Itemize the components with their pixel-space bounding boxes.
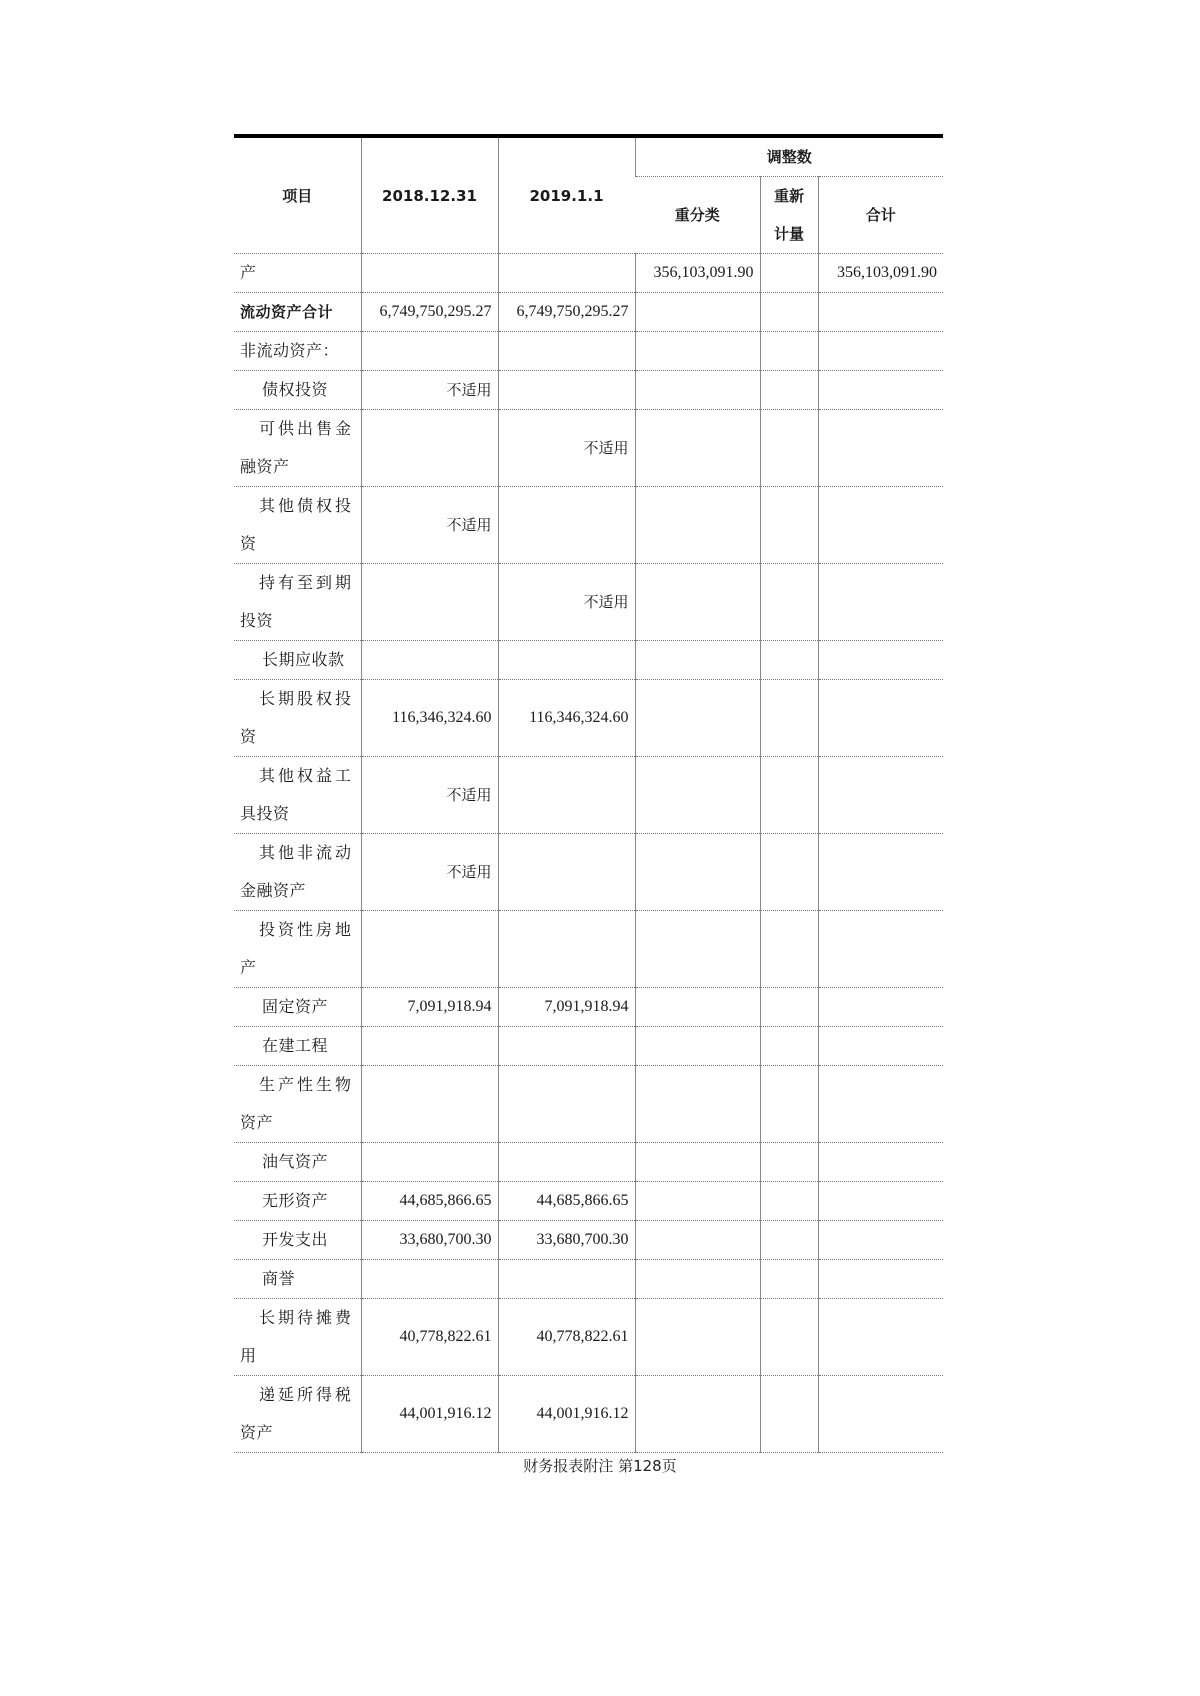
header-item: 项目 <box>234 136 361 254</box>
value-2019-1-1: 不适用 <box>498 410 635 487</box>
value-adjustment-total <box>818 293 943 332</box>
row-label-line: 可供出售金 <box>240 410 355 448</box>
value-2019-1-1: 44,001,916.12 <box>498 1376 635 1453</box>
value-remeasurement <box>760 1182 818 1221</box>
value-remeasurement <box>760 254 818 293</box>
row-label: 投资性房地产 <box>234 911 361 988</box>
value-adjustment-total <box>818 332 943 371</box>
table-row: 长期应收款 <box>234 641 943 680</box>
value-2019-1-1 <box>498 757 635 834</box>
value-adjustment-total <box>818 680 943 757</box>
value-remeasurement <box>760 410 818 487</box>
row-label-line: 用 <box>240 1337 355 1375</box>
row-label: 长期股权投资 <box>234 680 361 757</box>
value-reclassification <box>635 1299 760 1376</box>
value-2018-12-31 <box>361 410 498 487</box>
value-2018-12-31 <box>361 1027 498 1066</box>
value-reclassification <box>635 332 760 371</box>
row-label-line: 递延所得税 <box>240 1376 355 1414</box>
row-label-line: 资产 <box>240 1414 355 1452</box>
table-row: 产356,103,091.90356,103,091.90 <box>234 254 943 293</box>
value-2018-12-31 <box>361 1066 498 1143</box>
row-label-line: 生产性生物 <box>240 1066 355 1104</box>
page-footer: 财务报表附注 第128页 <box>0 1455 1200 1476</box>
value-remeasurement <box>760 680 818 757</box>
value-remeasurement <box>760 1143 818 1182</box>
value-reclassification <box>635 293 760 332</box>
row-label-line: 无形资产 <box>262 1182 355 1220</box>
row-label: 油气资产 <box>234 1143 361 1182</box>
value-remeasurement <box>760 1260 818 1299</box>
value-2019-1-1 <box>498 371 635 410</box>
value-reclassification <box>635 1066 760 1143</box>
value-2018-12-31: 不适用 <box>361 487 498 564</box>
value-remeasurement <box>760 1376 818 1453</box>
value-2018-12-31: 7,091,918.94 <box>361 988 498 1027</box>
value-2018-12-31: 不适用 <box>361 757 498 834</box>
document-page: 项目 2018.12.31 2019.1.1 调整数 重分类 重新 计量 合计 … <box>0 0 1200 1696</box>
value-2019-1-1 <box>498 1066 635 1143</box>
value-adjustment-total <box>818 1376 943 1453</box>
value-remeasurement <box>760 757 818 834</box>
value-2019-1-1: 40,778,822.61 <box>498 1299 635 1376</box>
value-adjustment-total <box>818 1182 943 1221</box>
row-label: 其他非流动金融资产 <box>234 834 361 911</box>
table-row: 流动资产合计6,749,750,295.276,749,750,295.27 <box>234 293 943 332</box>
row-label-line: 在建工程 <box>262 1027 355 1065</box>
value-reclassification <box>635 641 760 680</box>
value-2018-12-31 <box>361 911 498 988</box>
row-label-line: 资 <box>240 525 355 563</box>
row-label-line: 投资性房地 <box>240 911 355 949</box>
value-reclassification <box>635 911 760 988</box>
row-label: 流动资产合计 <box>234 293 361 332</box>
value-remeasurement <box>760 988 818 1027</box>
row-label-line: 其他权益工 <box>240 757 355 795</box>
value-2018-12-31 <box>361 1143 498 1182</box>
value-adjustment-total <box>818 1260 943 1299</box>
table-row: 其他权益工具投资不适用 <box>234 757 943 834</box>
table-row: 债权投资不适用 <box>234 371 943 410</box>
value-reclassification <box>635 410 760 487</box>
value-reclassification <box>635 1260 760 1299</box>
value-2018-12-31 <box>361 564 498 641</box>
value-reclassification <box>635 564 760 641</box>
row-label: 其他权益工具投资 <box>234 757 361 834</box>
row-label-line: 长期待摊费 <box>240 1299 355 1337</box>
row-label-line: 开发支出 <box>262 1221 355 1259</box>
value-2018-12-31: 不适用 <box>361 834 498 911</box>
table-row: 油气资产 <box>234 1143 943 1182</box>
value-reclassification <box>635 1182 760 1221</box>
value-adjustment-total <box>818 757 943 834</box>
value-2019-1-1 <box>498 332 635 371</box>
value-reclassification <box>635 988 760 1027</box>
value-remeasurement <box>760 332 818 371</box>
row-label: 生产性生物资产 <box>234 1066 361 1143</box>
value-2019-1-1 <box>498 834 635 911</box>
value-reclassification <box>635 1376 760 1453</box>
row-label-line: 流动资产合计 <box>240 293 355 331</box>
value-remeasurement <box>760 1027 818 1066</box>
value-2018-12-31 <box>361 254 498 293</box>
table-row: 其他债权投资不适用 <box>234 487 943 564</box>
value-2019-1-1 <box>498 1027 635 1066</box>
header-2018-12-31: 2018.12.31 <box>361 136 498 254</box>
value-adjustment-total <box>818 1066 943 1143</box>
value-remeasurement <box>760 834 818 911</box>
value-2019-1-1 <box>498 254 635 293</box>
value-adjustment-total <box>818 410 943 487</box>
value-reclassification <box>635 757 760 834</box>
table-row: 非流动资产： <box>234 332 943 371</box>
value-2019-1-1: 6,749,750,295.27 <box>498 293 635 332</box>
value-2019-1-1: 7,091,918.94 <box>498 988 635 1027</box>
row-label: 在建工程 <box>234 1027 361 1066</box>
row-label-line: 产 <box>240 254 355 292</box>
value-2018-12-31 <box>361 1260 498 1299</box>
value-remeasurement <box>760 1299 818 1376</box>
table-row: 在建工程 <box>234 1027 943 1066</box>
header-adjustment-group: 调整数 <box>635 136 943 177</box>
value-2019-1-1 <box>498 1143 635 1182</box>
value-remeasurement <box>760 1221 818 1260</box>
row-label-line: 产 <box>240 949 355 987</box>
table-row: 固定资产7,091,918.947,091,918.94 <box>234 988 943 1027</box>
row-label: 递延所得税资产 <box>234 1376 361 1453</box>
value-2018-12-31 <box>361 641 498 680</box>
table-row: 开发支出33,680,700.3033,680,700.30 <box>234 1221 943 1260</box>
row-label: 产 <box>234 254 361 293</box>
table-row: 生产性生物资产 <box>234 1066 943 1143</box>
row-label: 可供出售金融资产 <box>234 410 361 487</box>
value-2018-12-31 <box>361 332 498 371</box>
header-remeasurement-line2: 计量 <box>767 215 812 253</box>
table-row: 持有至到期投资不适用 <box>234 564 943 641</box>
value-remeasurement <box>760 564 818 641</box>
value-adjustment-total <box>818 1221 943 1260</box>
value-remeasurement <box>760 293 818 332</box>
header-total: 合计 <box>818 177 943 254</box>
table-row: 无形资产44,685,866.6544,685,866.65 <box>234 1182 943 1221</box>
value-reclassification <box>635 487 760 564</box>
table-row: 商誉 <box>234 1260 943 1299</box>
table-row: 递延所得税资产44,001,916.1244,001,916.12 <box>234 1376 943 1453</box>
table-header: 项目 2018.12.31 2019.1.1 调整数 重分类 重新 计量 合计 <box>234 136 943 254</box>
value-2018-12-31: 40,778,822.61 <box>361 1299 498 1376</box>
header-reclassification: 重分类 <box>635 177 760 254</box>
value-2018-12-31: 33,680,700.30 <box>361 1221 498 1260</box>
value-2018-12-31: 44,001,916.12 <box>361 1376 498 1453</box>
row-label-line: 债权投资 <box>262 371 355 409</box>
value-reclassification <box>635 1143 760 1182</box>
value-2019-1-1: 不适用 <box>498 564 635 641</box>
table-row: 长期股权投资116,346,324.60116,346,324.60 <box>234 680 943 757</box>
value-2019-1-1 <box>498 487 635 564</box>
row-label-line: 其他债权投 <box>240 487 355 525</box>
row-label-line: 融资产 <box>240 448 355 486</box>
value-adjustment-total <box>818 371 943 410</box>
row-label: 固定资产 <box>234 988 361 1027</box>
value-2019-1-1: 116,346,324.60 <box>498 680 635 757</box>
financial-adjustment-table: 项目 2018.12.31 2019.1.1 调整数 重分类 重新 计量 合计 … <box>234 134 943 1453</box>
row-label-line: 持有至到期 <box>240 564 355 602</box>
row-label: 开发支出 <box>234 1221 361 1260</box>
value-adjustment-total <box>818 641 943 680</box>
value-2018-12-31: 6,749,750,295.27 <box>361 293 498 332</box>
value-remeasurement <box>760 371 818 410</box>
row-label-line: 投资 <box>240 602 355 640</box>
row-label-line: 固定资产 <box>262 988 355 1026</box>
row-label-line: 具投资 <box>240 795 355 833</box>
row-label: 其他债权投资 <box>234 487 361 564</box>
row-label: 持有至到期投资 <box>234 564 361 641</box>
row-label: 长期待摊费用 <box>234 1299 361 1376</box>
table-row: 长期待摊费用40,778,822.6140,778,822.61 <box>234 1299 943 1376</box>
value-2019-1-1 <box>498 641 635 680</box>
value-2018-12-31: 44,685,866.65 <box>361 1182 498 1221</box>
value-remeasurement <box>760 641 818 680</box>
header-2019-1-1: 2019.1.1 <box>498 136 635 254</box>
table-body: 产356,103,091.90356,103,091.90流动资产合计6,749… <box>234 254 943 1453</box>
value-adjustment-total <box>818 1027 943 1066</box>
value-reclassification <box>635 1221 760 1260</box>
row-label-line: 长期股权投 <box>240 680 355 718</box>
value-adjustment-total <box>818 988 943 1027</box>
header-remeasurement-line1: 重新 <box>767 177 812 215</box>
value-reclassification <box>635 680 760 757</box>
table-row: 可供出售金融资产不适用 <box>234 410 943 487</box>
row-label-line: 资产 <box>240 1104 355 1142</box>
value-adjustment-total: 356,103,091.90 <box>818 254 943 293</box>
row-label-line: 金融资产 <box>240 872 355 910</box>
row-label: 债权投资 <box>234 371 361 410</box>
row-label-line: 商誉 <box>262 1260 355 1298</box>
value-2019-1-1 <box>498 1260 635 1299</box>
value-reclassification: 356,103,091.90 <box>635 254 760 293</box>
value-adjustment-total <box>818 834 943 911</box>
value-2019-1-1: 44,685,866.65 <box>498 1182 635 1221</box>
row-label: 无形资产 <box>234 1182 361 1221</box>
row-label: 长期应收款 <box>234 641 361 680</box>
header-remeasurement: 重新 计量 <box>760 177 818 254</box>
table-row: 其他非流动金融资产不适用 <box>234 834 943 911</box>
value-adjustment-total <box>818 1299 943 1376</box>
value-reclassification <box>635 834 760 911</box>
row-label-line: 长期应收款 <box>262 641 355 679</box>
table-row: 投资性房地产 <box>234 911 943 988</box>
value-reclassification <box>635 371 760 410</box>
value-adjustment-total <box>818 487 943 564</box>
value-remeasurement <box>760 911 818 988</box>
value-reclassification <box>635 1027 760 1066</box>
value-2018-12-31: 不适用 <box>361 371 498 410</box>
value-adjustment-total <box>818 911 943 988</box>
row-label-line: 油气资产 <box>262 1143 355 1181</box>
value-2019-1-1: 33,680,700.30 <box>498 1221 635 1260</box>
row-label: 商誉 <box>234 1260 361 1299</box>
row-label-line: 其他非流动 <box>240 834 355 872</box>
row-label: 非流动资产： <box>234 332 361 371</box>
row-label-line: 资 <box>240 718 355 756</box>
value-remeasurement <box>760 487 818 564</box>
row-label-line: 非流动资产： <box>240 332 355 370</box>
value-2019-1-1 <box>498 911 635 988</box>
value-adjustment-total <box>818 564 943 641</box>
value-2018-12-31: 116,346,324.60 <box>361 680 498 757</box>
value-adjustment-total <box>818 1143 943 1182</box>
value-remeasurement <box>760 1066 818 1143</box>
